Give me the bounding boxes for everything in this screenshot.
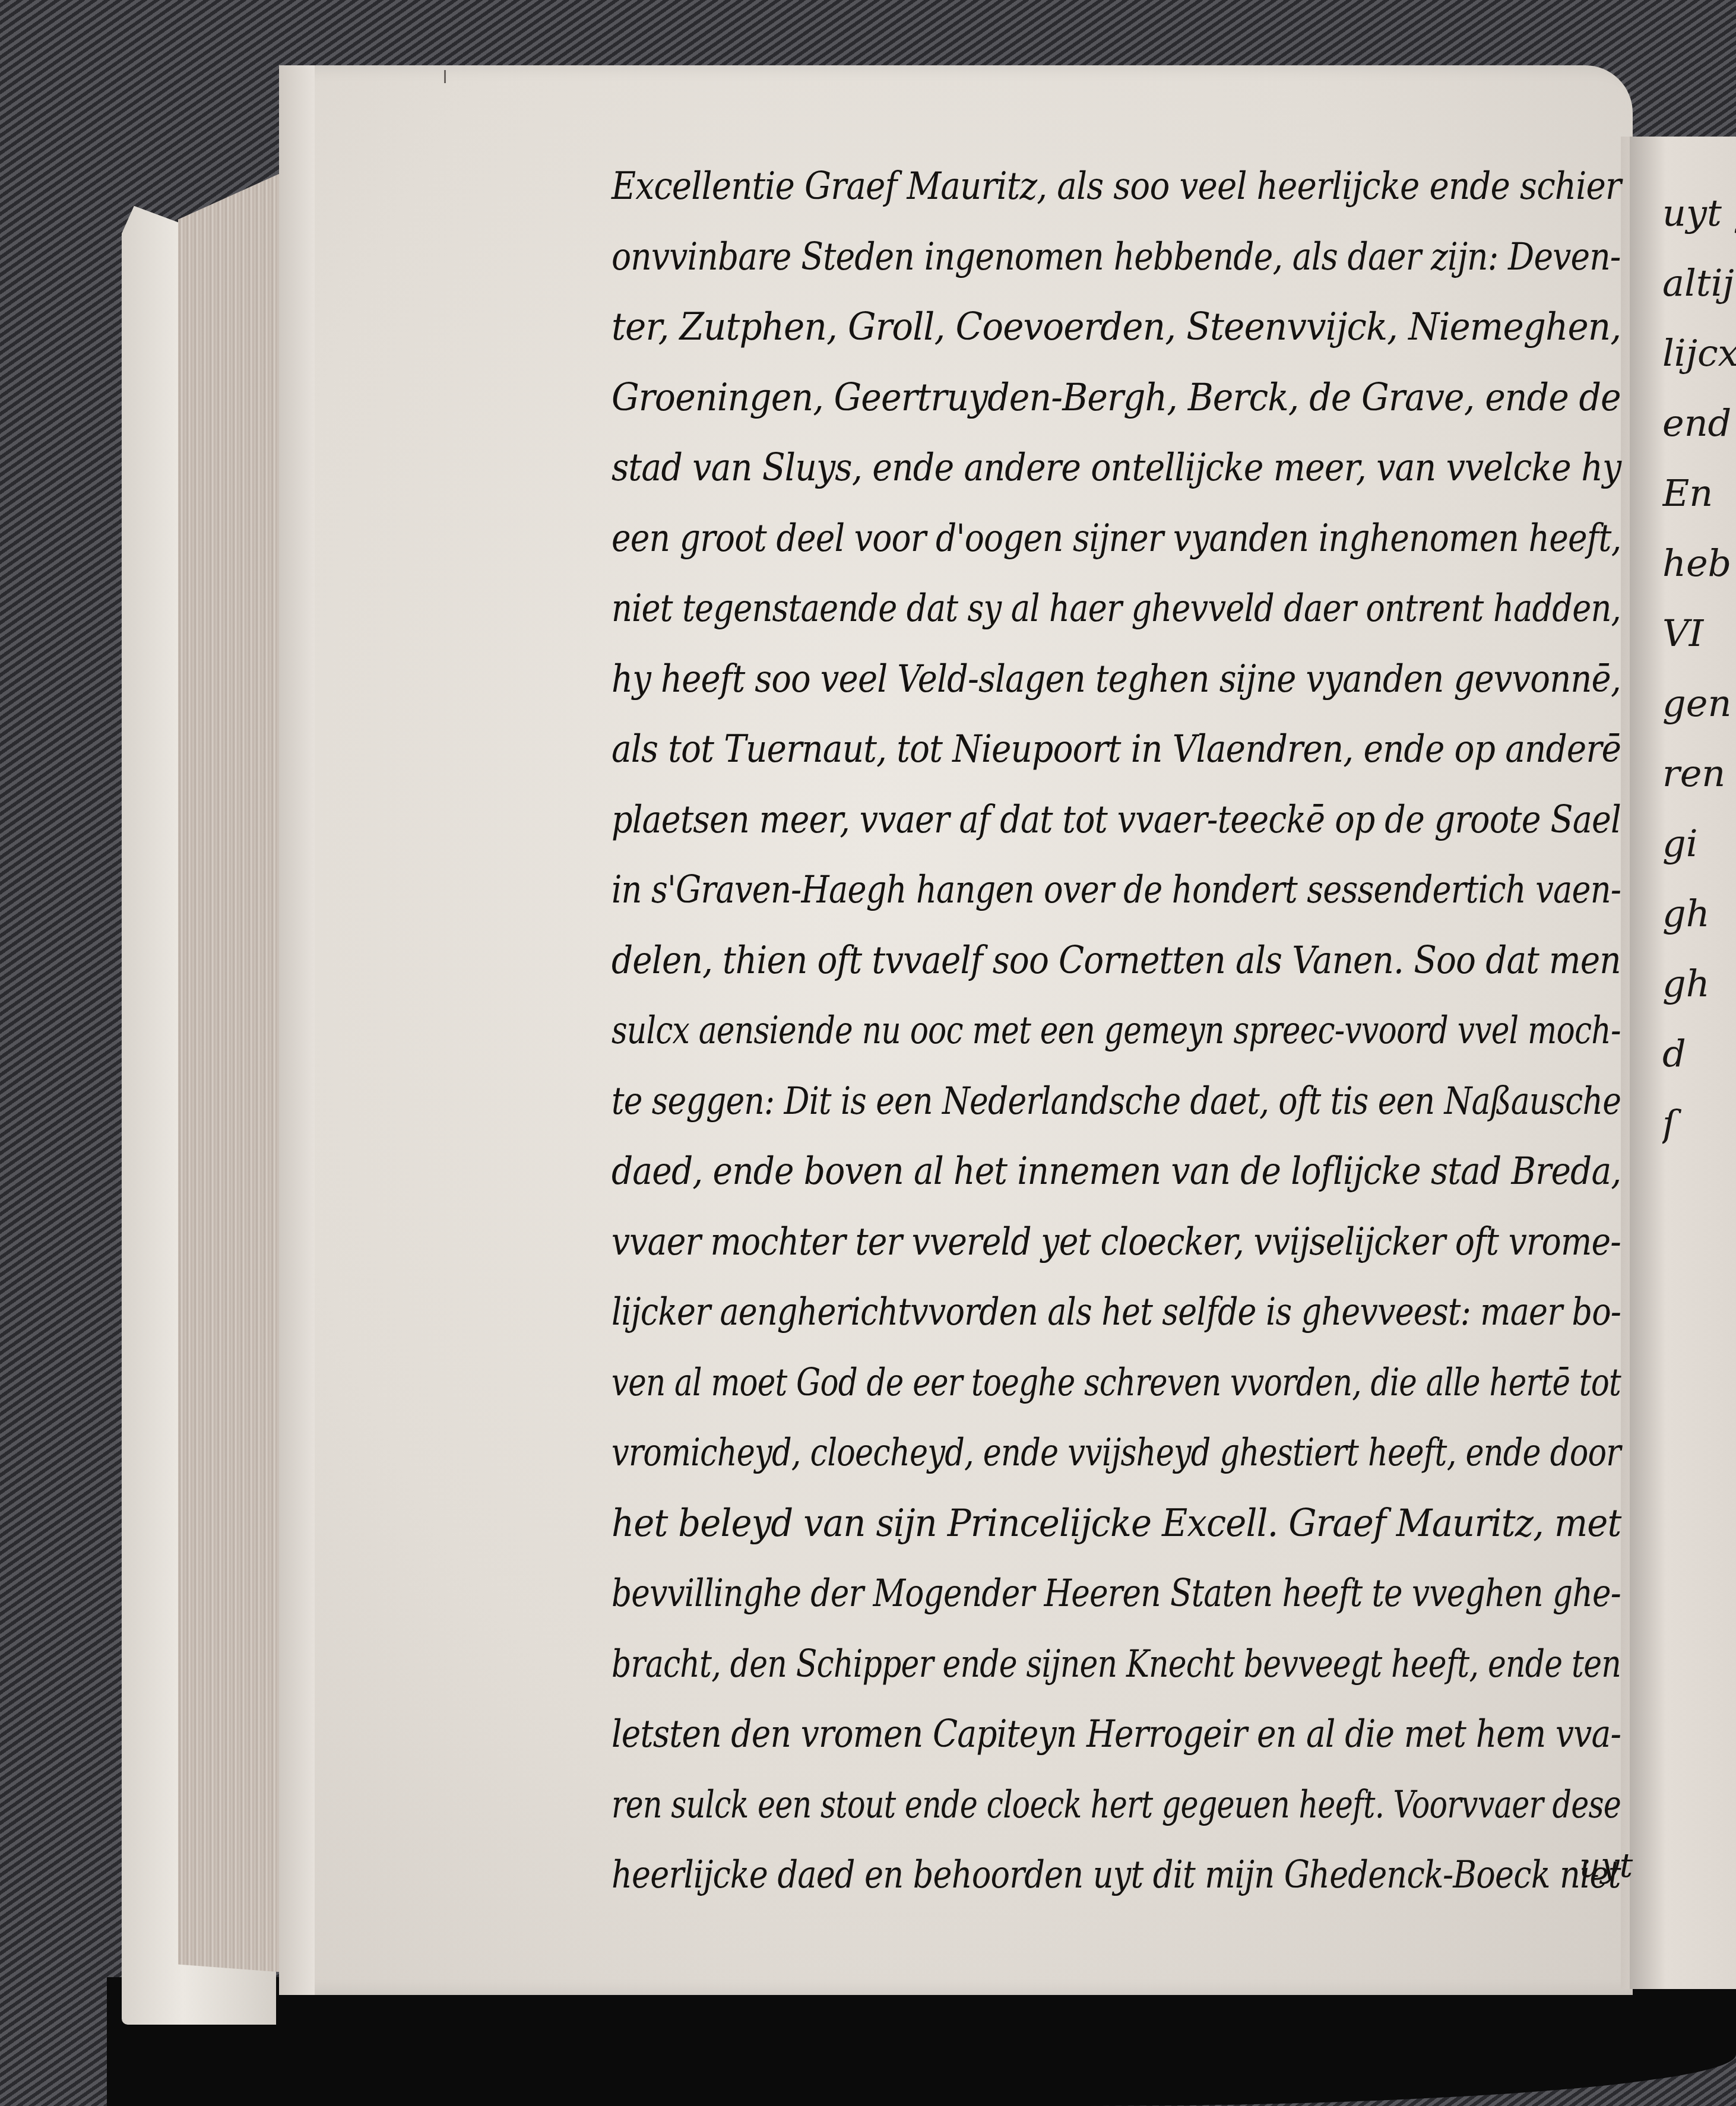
text-line: in s'Graven-Haegh hangen over de hondert… (612, 855, 1477, 926)
page-gutter-shade (279, 65, 315, 1995)
text-line: niet tegenstaende dat sy al haer ghevvel… (612, 574, 1477, 644)
text-line: ren sulck een stout ende cloeck hert geg… (612, 1770, 1423, 1841)
text-line: het beleyd van sijn Princelijcke Excell.… (612, 1489, 1558, 1559)
text-line: te seggen: Dit is een Nederlandsche daet… (612, 1066, 1468, 1137)
text-line: sulcx aensiende nu ooc met een gemeyn sp… (612, 996, 1440, 1066)
facing-fragment: ren (1662, 739, 1736, 809)
catchword: uyt (1579, 1847, 1633, 1885)
facing-fragment: end (1662, 388, 1736, 458)
text-line: heerlijcke daed en behoorden uyt dit mij… (612, 1840, 1475, 1911)
text-line: delen, thien oft tvvaelf soo Cornetten a… (612, 926, 1512, 996)
text-line: ven al moet God de eer toeghe schreven v… (612, 1348, 1435, 1418)
text-line: ter, Zutphen, Groll, Coevoerden, Steenvv… (612, 292, 1563, 363)
table-shadow (107, 1977, 1736, 2106)
text-line: stad van Sluys, ende andere ontellijcke … (612, 433, 1521, 503)
facing-fragment: En (1662, 458, 1736, 528)
text-line: vvaer mochter ter vvereld yet cloecker, … (612, 1207, 1492, 1278)
facing-fragment: altij (1662, 248, 1736, 318)
page-text-block: Excellentie Graef Mauritz, als soo veel … (612, 151, 1633, 1911)
pencil-mark (444, 70, 446, 83)
text-line: letsten den vromen Capiteyn Herrogeir en… (612, 1699, 1490, 1770)
text-line: plaetsen meer, vvaer af dat tot vvaer-te… (612, 785, 1498, 856)
facing-fragment: heb (1662, 528, 1736, 598)
facing-fragment: gh (1662, 879, 1736, 949)
facing-fragment: ſ (1662, 1089, 1736, 1159)
text-line: onvvinbare Steden ingenomen hebbende, al… (612, 222, 1491, 293)
text-line: Groeningen, Geertruyden-Bergh, Berck, de… (612, 363, 1545, 433)
text-line: daed, ende boven al het innemen van de l… (612, 1136, 1515, 1207)
facing-fragment: gh (1662, 949, 1736, 1019)
facing-fragment: uyt g (1662, 178, 1736, 248)
text-line: als tot Tuernaut, tot Nieupoort in Vlaen… (612, 714, 1514, 785)
facing-fragment: gi (1662, 809, 1736, 879)
text-line: vromicheyd, cloecheyd, ende vvijsheyd gh… (612, 1418, 1450, 1489)
text-line: bracht, den Schipper ende sijnen Knecht … (612, 1629, 1443, 1700)
facing-fragment: gen (1662, 669, 1736, 739)
facing-fragment: lijcx (1662, 318, 1736, 388)
text-line: Excellentie Graef Mauritz, als soo veel … (612, 151, 1511, 222)
page-crease-shadow (1630, 137, 1665, 1989)
text-line: lijcker aengherichtvvorden als het selfd… (612, 1277, 1473, 1348)
text-line: een groot deel voor d'oogen sijner vyand… (612, 503, 1491, 574)
text-line: bevvillinghe der Mogender Heeren Staten … (612, 1559, 1464, 1629)
facing-fragment: d (1662, 1019, 1736, 1089)
facing-fragment: VI (1662, 598, 1736, 669)
facing-page-text: uyt g altij lijcx end En heb VI gen ren … (1662, 178, 1736, 1159)
text-line: hy heeft soo veel Veld-slagen teghen sij… (612, 644, 1506, 715)
